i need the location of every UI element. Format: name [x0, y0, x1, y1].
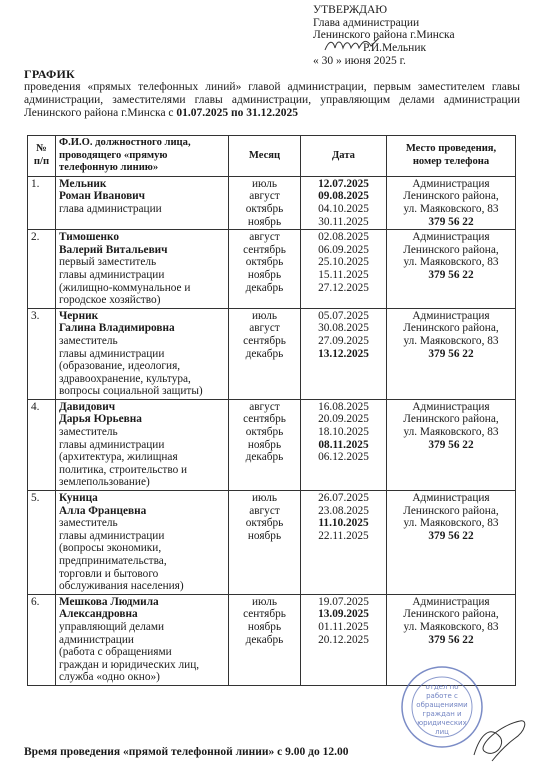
position-line: здравоохранение, культура, — [59, 373, 225, 386]
position-line: главы администрации — [59, 439, 225, 452]
approval-block: УТВЕРЖДАЮ Глава администрации Ленинского… — [313, 4, 455, 67]
svg-text:лиц: лиц — [435, 728, 449, 736]
month-item: ноябрь — [232, 216, 297, 229]
position-line: (работа с обращениями — [59, 646, 225, 659]
position-line: политика, строительство и — [59, 464, 225, 477]
month-item: ноябрь — [232, 621, 297, 634]
position-line: городское хозяйство) — [59, 294, 225, 307]
date-item: 20.09.2025 — [304, 413, 383, 426]
date-item: 11.10.2025 — [304, 517, 383, 530]
header-name: Ф.И.О. должностного лица, проводящего «п… — [56, 136, 229, 177]
position-line: граждан и юридических лиц, — [59, 659, 225, 672]
month-item: декабрь — [232, 282, 297, 295]
approval-line-1: Глава администрации — [313, 17, 455, 30]
official-cell: Мешкова ЛюдмилаАлександровнауправляющий … — [56, 594, 229, 685]
position-line: (жилищно-коммунальное и — [59, 282, 225, 295]
position-line: заместитель — [59, 517, 225, 530]
place-line: ул. Маяковского, 83 — [390, 203, 512, 216]
place-line: ул. Маяковского, 83 — [390, 335, 512, 348]
dates-cell: 12.07.202509.08.202504.10.202530.11.2025 — [301, 176, 387, 229]
phone-number: 379 56 22 — [390, 634, 512, 647]
approval-signature-line: Р.И.Мельник — [313, 42, 455, 55]
table-row: 5.КуницаАлла Францевназаместительглавы а… — [28, 491, 516, 595]
date-item: 15.11.2025 — [304, 269, 383, 282]
position-line: управляющий делами — [59, 621, 225, 634]
row-number: 1. — [28, 176, 56, 229]
position-line: землепользование) — [59, 476, 225, 489]
place-line: Ленинского района, — [390, 244, 512, 257]
row-number: 6. — [28, 594, 56, 685]
phone-number: 379 56 22 — [390, 439, 512, 452]
month-item: сентябрь — [232, 413, 297, 426]
place-line: ул. Маяковского, 83 — [390, 517, 512, 530]
month-item: сентябрь — [232, 608, 297, 621]
row-number: 4. — [28, 399, 56, 490]
month-item: август — [232, 231, 297, 244]
header-num: № п/п — [28, 136, 56, 177]
month-item: декабрь — [232, 348, 297, 361]
header-place: Место проведения, номер телефона — [387, 136, 516, 177]
place-line: Администрация — [390, 492, 512, 505]
position-line: вопросы социальной защиты) — [59, 385, 225, 398]
surname: Мешкова Людмила — [59, 596, 225, 609]
months-cell: августсентябрьоктябрьноябрьдекабрь — [229, 399, 301, 490]
position-line: заместитель — [59, 335, 225, 348]
place-line: Администрация — [390, 596, 512, 609]
schedule-table: № п/п Ф.И.О. должностного лица, проводящ… — [27, 135, 516, 686]
months-cell: июльавгустоктябрьноябрь — [229, 176, 301, 229]
handwritten-signature-icon — [470, 715, 530, 765]
document-subtitle: проведения «прямых телефонных линий» гла… — [24, 81, 520, 120]
month-item: июль — [232, 178, 297, 191]
place-cell: АдминистрацияЛенинского района,ул. Маяко… — [387, 491, 516, 595]
month-item: июль — [232, 492, 297, 505]
month-item: октябрь — [232, 426, 297, 439]
header-month: Месяц — [229, 136, 301, 177]
subtitle-period: 01.07.2025 по 31.12.2025 — [176, 107, 298, 119]
month-item: июль — [232, 310, 297, 323]
date-item: 01.11.2025 — [304, 621, 383, 634]
surname: Черник — [59, 310, 225, 323]
surname: Мельник — [59, 178, 225, 191]
svg-text:граждан и: граждан и — [422, 710, 461, 718]
place-line: ул. Маяковского, 83 — [390, 621, 512, 634]
row-number: 5. — [28, 491, 56, 595]
position-line: главы администрации — [59, 348, 225, 361]
month-item: ноябрь — [232, 439, 297, 452]
approval-date: « 30 » июня 2025 г. — [313, 55, 455, 68]
month-item: август — [232, 190, 297, 203]
position-line: служба «одно окно») — [59, 671, 225, 684]
date-item: 18.10.2025 — [304, 426, 383, 439]
svg-text:юридических: юридических — [417, 719, 467, 727]
position-line: главы администрации — [59, 269, 225, 282]
phone-number: 379 56 22 — [390, 348, 512, 361]
date-item: 27.09.2025 — [304, 335, 383, 348]
months-cell: июльсентябрьноябрьдекабрь — [229, 594, 301, 685]
official-cell: ЧерникГалина Владимировназаместительглав… — [56, 308, 229, 399]
month-item: октябрь — [232, 203, 297, 216]
month-item: октябрь — [232, 256, 297, 269]
phone-number: 379 56 22 — [390, 216, 512, 229]
month-item: ноябрь — [232, 269, 297, 282]
official-cell: КуницаАлла Францевназаместительглавы адм… — [56, 491, 229, 595]
position-line: администрации — [59, 634, 225, 647]
surname: Тимошенко — [59, 231, 225, 244]
month-item: сентябрь — [232, 335, 297, 348]
months-cell: июльавгустоктябрьноябрь — [229, 491, 301, 595]
approval-heading: УТВЕРЖДАЮ — [313, 4, 455, 17]
document-title: ГРАФИК — [24, 67, 75, 82]
dates-cell: 26.07.202523.08.202511.10.202522.11.2025 — [301, 491, 387, 595]
position-line: обслуживания населения) — [59, 580, 225, 593]
date-item: 06.09.2025 — [304, 244, 383, 257]
official-cell: ДавидовичДарья Юрьевназаместительглавы а… — [56, 399, 229, 490]
date-item: 23.08.2025 — [304, 505, 383, 518]
table-header-row: № п/п Ф.И.О. должностного лица, проводящ… — [28, 136, 516, 177]
month-item: август — [232, 401, 297, 414]
date-item: 25.10.2025 — [304, 256, 383, 269]
date-item: 22.11.2025 — [304, 530, 383, 543]
place-cell: АдминистрацияЛенинского района,ул. Маяко… — [387, 308, 516, 399]
dates-cell: 05.07.202530.08.202527.09.202513.12.2025 — [301, 308, 387, 399]
place-line: Администрация — [390, 401, 512, 414]
place-line: Ленинского района, — [390, 190, 512, 203]
position-line: главы администрации — [59, 530, 225, 543]
date-item: 13.12.2025 — [304, 348, 383, 361]
signatory-name: Р.И.Мельник — [363, 42, 426, 55]
position-line: торговли и бытового — [59, 568, 225, 581]
month-item: декабрь — [232, 451, 297, 464]
month-item: ноябрь — [232, 530, 297, 543]
place-line: Ленинского района, — [390, 322, 512, 335]
date-item: 06.12.2025 — [304, 451, 383, 464]
position-line: (образование, идеология, — [59, 360, 225, 373]
date-item: 20.12.2025 — [304, 634, 383, 647]
place-line: Администрация — [390, 178, 512, 191]
date-item: 13.09.2025 — [304, 608, 383, 621]
svg-text:обращениями: обращениями — [416, 701, 467, 709]
position-line: (вопросы экономики, — [59, 542, 225, 555]
given-name: Галина Владимировна — [59, 322, 225, 335]
dates-cell: 02.08.202506.09.202525.10.202515.11.2025… — [301, 230, 387, 309]
date-item: 08.11.2025 — [304, 439, 383, 452]
date-item: 30.11.2025 — [304, 216, 383, 229]
place-cell: АдминистрацияЛенинского района,ул. Маяко… — [387, 230, 516, 309]
official-cell: МельникРоман Ивановичглава администрации — [56, 176, 229, 229]
place-line: Администрация — [390, 310, 512, 323]
footer-note: Время проведения «прямой телефонной лини… — [24, 746, 348, 758]
dates-cell: 19.07.202513.09.202501.11.202520.12.2025 — [301, 594, 387, 685]
position-line: глава администрации — [59, 203, 225, 216]
official-cell: ТимошенкоВалерий Витальевичпервый замест… — [56, 230, 229, 309]
position-line: предпринимательства, — [59, 555, 225, 568]
place-line: Администрация — [390, 231, 512, 244]
svg-text:отдел по: отдел по — [425, 683, 458, 691]
surname: Куница — [59, 492, 225, 505]
date-item: 05.07.2025 — [304, 310, 383, 323]
month-item: август — [232, 322, 297, 335]
given-name: Александровна — [59, 608, 225, 621]
place-cell: АдминистрацияЛенинского района,ул. Маяко… — [387, 176, 516, 229]
place-line: ул. Маяковского, 83 — [390, 426, 512, 439]
date-item: 09.08.2025 — [304, 190, 383, 203]
table-body: 1.МельникРоман Ивановичглава администрац… — [28, 176, 516, 685]
dates-cell: 16.08.202520.09.202518.10.202508.11.2025… — [301, 399, 387, 490]
place-line: Ленинского района, — [390, 608, 512, 621]
svg-text:работе с: работе с — [426, 692, 458, 700]
date-item: 26.07.2025 — [304, 492, 383, 505]
month-item: октябрь — [232, 517, 297, 530]
phone-number: 379 56 22 — [390, 530, 512, 543]
given-name: Дарья Юрьевна — [59, 413, 225, 426]
date-item: 04.10.2025 — [304, 203, 383, 216]
date-item: 30.08.2025 — [304, 322, 383, 335]
place-line: Ленинского района, — [390, 413, 512, 426]
phone-number: 379 56 22 — [390, 269, 512, 282]
month-item: декабрь — [232, 634, 297, 647]
month-item: сентябрь — [232, 244, 297, 257]
place-line: Ленинского района, — [390, 505, 512, 518]
months-cell: августсентябрьоктябрьноябрьдекабрь — [229, 230, 301, 309]
position-line: первый заместитель — [59, 256, 225, 269]
given-name: Валерий Витальевич — [59, 244, 225, 257]
date-item: 19.07.2025 — [304, 596, 383, 609]
row-number: 3. — [28, 308, 56, 399]
position-line: заместитель — [59, 426, 225, 439]
table-row: 2.ТимошенкоВалерий Витальевичпервый заме… — [28, 230, 516, 309]
header-date: Дата — [301, 136, 387, 177]
table-row: 3.ЧерникГалина Владимировназаместительгл… — [28, 308, 516, 399]
place-line: ул. Маяковского, 83 — [390, 256, 512, 269]
date-item: 27.12.2025 — [304, 282, 383, 295]
table-row: 1.МельникРоман Ивановичглава администрац… — [28, 176, 516, 229]
place-cell: АдминистрацияЛенинского района,ул. Маяко… — [387, 399, 516, 490]
table-row: 4.ДавидовичДарья Юрьевназаместительглавы… — [28, 399, 516, 490]
surname: Давидович — [59, 401, 225, 414]
given-name: Алла Францевна — [59, 505, 225, 518]
position-line: (архитектура, жилищная — [59, 451, 225, 464]
date-item: 02.08.2025 — [304, 231, 383, 244]
date-item: 12.07.2025 — [304, 178, 383, 191]
months-cell: июльавгустсентябрьдекабрь — [229, 308, 301, 399]
row-number: 2. — [28, 230, 56, 309]
month-item: июль — [232, 596, 297, 609]
date-item: 16.08.2025 — [304, 401, 383, 414]
given-name: Роман Иванович — [59, 190, 225, 203]
month-item: август — [232, 505, 297, 518]
